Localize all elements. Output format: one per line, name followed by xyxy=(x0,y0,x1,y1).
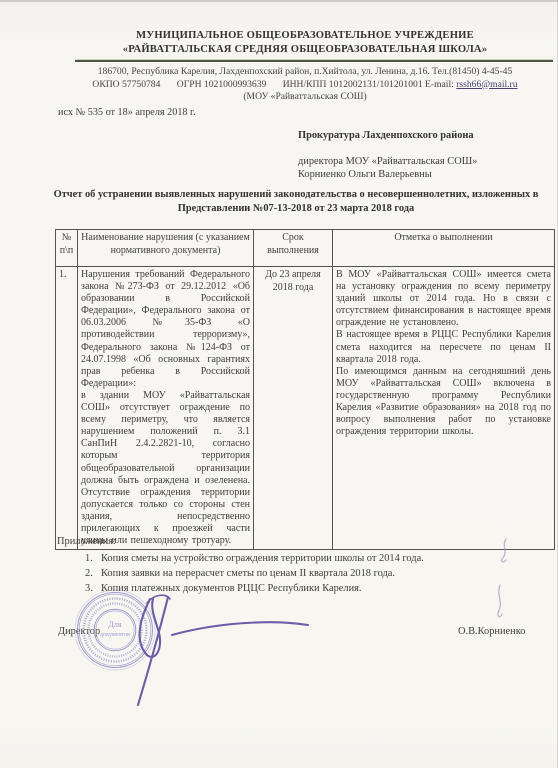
header-divider xyxy=(75,60,553,62)
signature-ink xyxy=(120,585,320,715)
sender-name: Корниенко Ольги Валерьевны xyxy=(298,168,477,182)
column-header-violation: Наименование нарушения (с указанием норм… xyxy=(78,230,254,267)
org-name-line2: «РАЙВАТТАЛЬСКАЯ СРЕДНЯЯ ОБЩЕОБРАЗОВАТЕЛЬ… xyxy=(75,43,535,57)
okpo-number: ОКПО 57750784 xyxy=(92,79,160,90)
email-label: E-mail: xyxy=(425,79,454,90)
scan-artifact-top xyxy=(0,0,558,2)
document-title: Отчет об устранении выявленных нарушений… xyxy=(36,188,556,216)
attachment-item: 1.Копия сметы на устройство ограждения т… xyxy=(85,551,424,566)
address-line: 186700, Республика Карелия, Лахденпохски… xyxy=(50,66,558,79)
violation-paragraph-1: Нарушения требований Федерального закона… xyxy=(81,269,250,390)
table-row: 1. Нарушения требований Федерального зак… xyxy=(56,267,555,550)
organization-header: МУНИЦИПАЛЬНОЕ ОБЩЕОБРАЗОВАТЕЛЬНОЕ УЧРЕЖД… xyxy=(75,29,535,57)
recipient-org: Прокуратура Лахденпохского района xyxy=(298,129,477,143)
sender-role: директора МОУ «Райваттальская СОШ» xyxy=(298,155,477,169)
cell-status: В МОУ «Райваттальская СОШ» имеется смета… xyxy=(333,267,555,550)
status-paragraph-3: По имеющимся данным на сегодняшний день … xyxy=(336,366,551,439)
org-name-line1: МУНИЦИПАЛЬНОЕ ОБЩЕОБРАЗОВАТЕЛЬНОЕ УЧРЕЖД… xyxy=(75,29,535,43)
attachment-text: Копия заявки на перерасчет сметы по цена… xyxy=(101,568,395,579)
status-paragraph-2: В настоящее время в РЦЦС Республики Каре… xyxy=(336,329,551,365)
cell-row-number: 1. xyxy=(56,267,78,550)
violation-paragraph-2: в здании МОУ «Райваттальская СОШ» отсутс… xyxy=(81,390,250,547)
attachment-text: Копия сметы на устройство ограждения тер… xyxy=(101,553,424,564)
inn-kpp-number: ИНН/КПП 1012002131/101201001 xyxy=(283,79,423,90)
attachment-number: 1. xyxy=(85,551,101,566)
cell-deadline: До 23 апреля 2018 года xyxy=(254,267,333,550)
contact-block: 186700, Республика Карелия, Лахденпохски… xyxy=(50,66,558,104)
registry-line: ОКПО 57750784 ОГРН 1021000993639 ИНН/КПП… xyxy=(50,79,558,92)
org-short-name: (МОУ «Райваттальская СОШ) xyxy=(50,91,558,104)
status-paragraph-1: В МОУ «Райваттальская СОШ» имеется смета… xyxy=(336,269,551,329)
column-header-number: № п\п xyxy=(56,230,78,267)
pen-marks xyxy=(488,533,528,633)
document-page: МУНИЦИПАЛЬНОЕ ОБЩЕОБРАЗОВАТЕЛЬНОЕ УЧРЕЖД… xyxy=(0,0,558,768)
column-header-deadline: Срок выполнения xyxy=(254,230,333,267)
attachments-label: Приложения: xyxy=(57,536,424,547)
column-header-status: Отметка о выполнении xyxy=(333,230,555,267)
email-link[interactable]: rssh66@mail.ru xyxy=(456,79,517,90)
ogrn-number: ОГРН 1021000993639 xyxy=(177,79,267,90)
recipient-block: Прокуратура Лахденпохского района директ… xyxy=(298,129,477,182)
violations-table: № п\п Наименование нарушения (с указание… xyxy=(55,229,555,550)
cell-violation: Нарушения требований Федерального закона… xyxy=(78,267,254,550)
table-header-row: № п\п Наименование нарушения (с указание… xyxy=(56,230,555,267)
outgoing-reference: исх № 535 от 18» апреля 2018 г. xyxy=(58,107,196,118)
